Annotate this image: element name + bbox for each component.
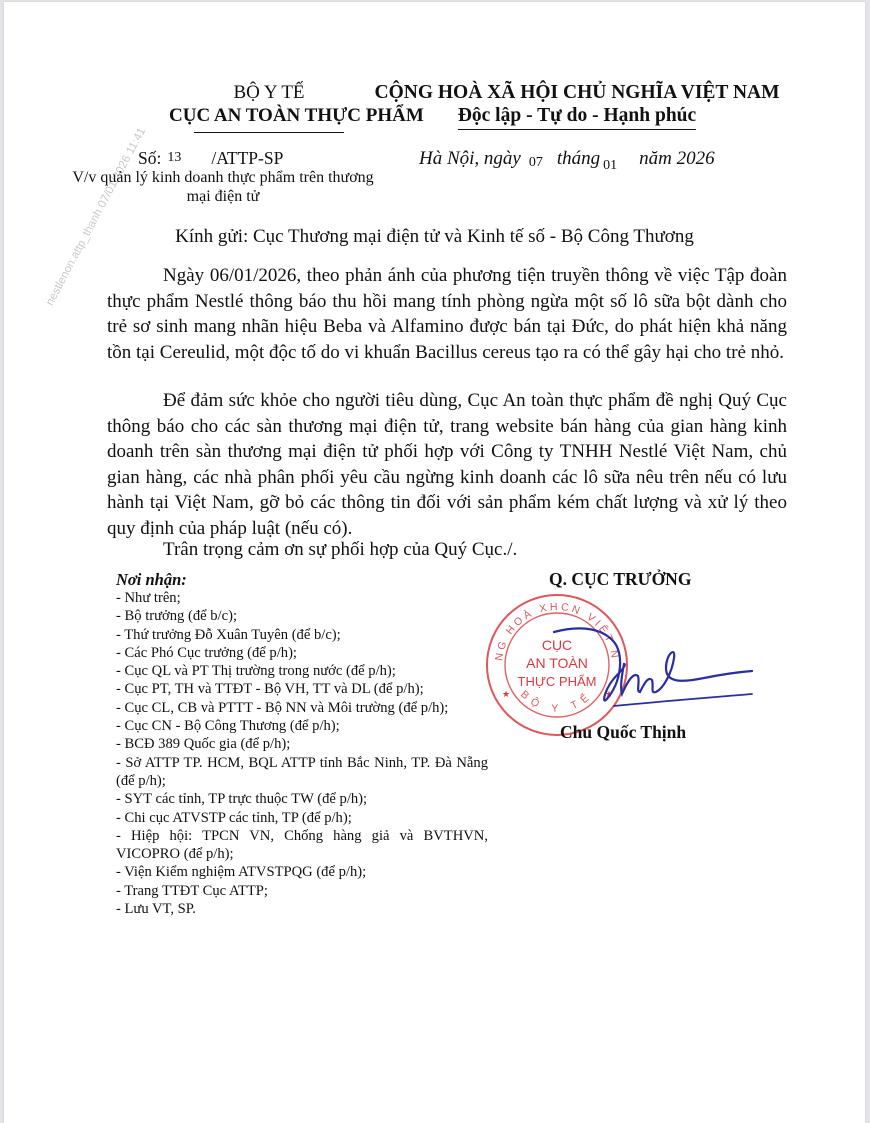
recipients-list: - Như trên;- Bộ trưởng (để b/c);- Thứ tr… <box>116 589 488 918</box>
recipient-item: - Cục CL, CB và PTTT - Bộ NN và Môi trườ… <box>116 699 488 717</box>
nation-title: CỘNG HOÀ XÃ HỘI CHỦ NGHĨA VIỆT NAM <box>372 82 782 104</box>
recipient-item: - Trang TTĐT Cục ATTP; <box>116 882 488 900</box>
document-subject: V/v quản lý kinh doanh thực phẩm trên th… <box>64 168 382 206</box>
svg-text:★: ★ <box>502 689 510 699</box>
national-motto: Độc lập - Tự do - Hạnh phúc <box>458 104 696 130</box>
recipient-item: - Chi cục ATVSTP các tỉnh, TP (để p/h); <box>116 809 488 827</box>
recipient-item: - Bộ trưởng (để b/c); <box>116 607 488 625</box>
recipient-item: - Cục CN - Bộ Công Thương (để p/h); <box>116 717 488 735</box>
number-value: 13 <box>167 150 181 165</box>
national-header: CỘNG HOÀ XÃ HỘI CHỦ NGHĨA VIỆT NAM Độc l… <box>372 82 782 130</box>
recipient-item: - SYT các tỉnh, TP trực thuộc TW (để p/h… <box>116 790 488 808</box>
recipient-item: - Cục PT, TH và TTĐT - Bộ VH, TT và DL (… <box>116 680 488 698</box>
issuer-header: BỘ Y TẾ CỤC AN TOÀN THỰC PHẨM <box>169 82 369 133</box>
department-name: CỤC AN TOÀN THỰC PHẨM <box>169 104 369 128</box>
document-date: Hà Nội, ngày07tháng01năm 2026 <box>419 148 715 170</box>
handwritten-signature-icon <box>544 602 754 717</box>
date-prefix: Hà Nội, ngày <box>419 148 521 169</box>
header-rule <box>194 132 344 133</box>
document-page: nestlenon.attp_thanh 07/01/2026 11:41 BỘ… <box>4 2 865 1123</box>
date-year: năm 2026 <box>639 148 714 169</box>
date-day: 07 <box>529 155 543 170</box>
recipient-item: - Viện Kiểm nghiệm ATVSTPQG (để p/h); <box>116 863 488 881</box>
body-paragraph-1: Ngày 06/01/2026, theo phản ánh của phươn… <box>107 263 787 365</box>
closing-line: Trân trọng cảm ơn sự phối hợp của Quý Cụ… <box>107 537 787 563</box>
signer-title: Q. CỤC TRƯỞNG <box>549 569 691 590</box>
signer-name: Chu Quốc Thịnh <box>560 722 686 743</box>
document-number: Số:13/ATTP-SP <box>138 148 283 169</box>
recipient-item: - Thứ trưởng Đỗ Xuân Tuyên (để b/c); <box>116 626 488 644</box>
recipient-item: - Hiệp hội: TPCN VN, Chống hàng giả và B… <box>116 827 488 864</box>
recipient-line: Kính gửi: Cục Thương mại điện tử và Kinh… <box>4 226 865 248</box>
recipient-item: - Cục QL và PT Thị trường trong nước (để… <box>116 662 488 680</box>
recipient-item: - Như trên; <box>116 589 488 607</box>
ministry-name: BỘ Y TẾ <box>169 82 369 104</box>
recipient-item: - Sở ATTP TP. HCM, BQL ATTP tỉnh Bắc Nin… <box>116 754 488 791</box>
date-month-label: tháng <box>557 148 600 169</box>
date-month: 01 <box>603 158 617 173</box>
number-code: /ATTP-SP <box>211 148 283 168</box>
recipient-item: - BCĐ 389 Quốc gia (để p/h); <box>116 735 488 753</box>
recipient-item: - Lưu VT, SP. <box>116 900 488 918</box>
number-label: Số: <box>138 148 161 168</box>
recipient-item: - Các Phó Cục trưởng (để p/h); <box>116 644 488 662</box>
body-paragraph-2: Để đảm sức khỏe cho người tiêu dùng, Cục… <box>107 388 787 541</box>
recipients-title: Nơi nhận: <box>116 570 187 590</box>
